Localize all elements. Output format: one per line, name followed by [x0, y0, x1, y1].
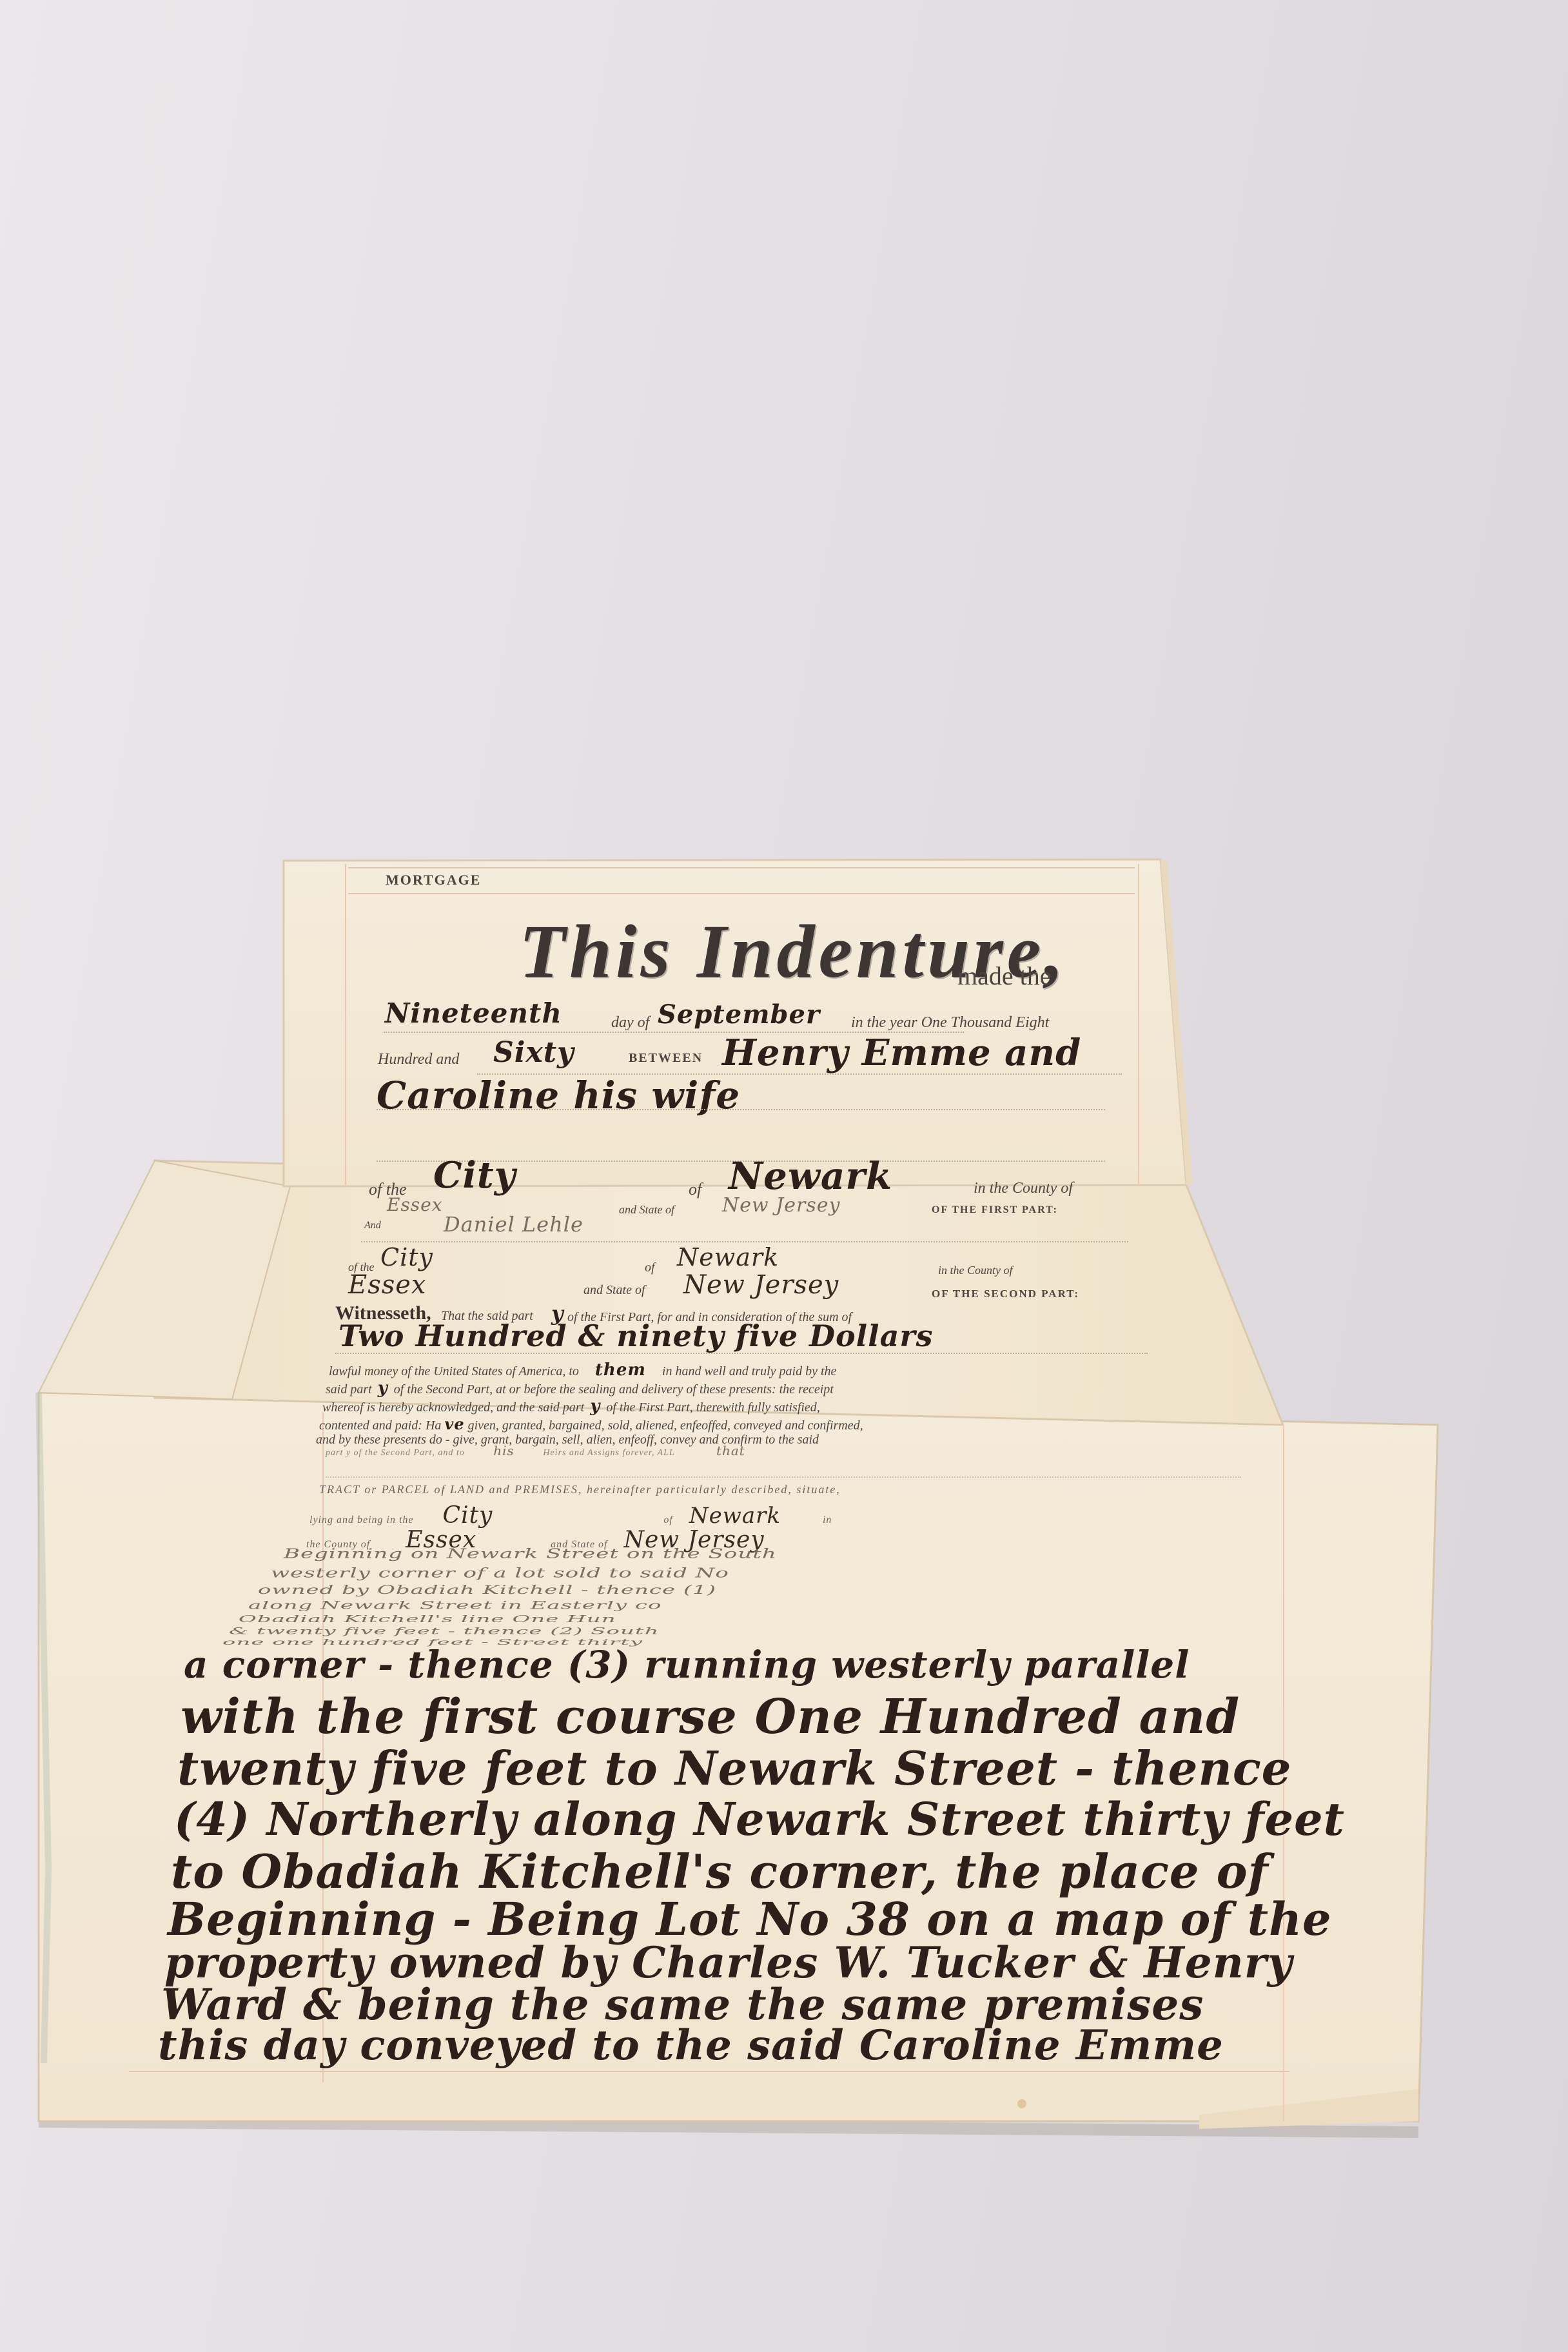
description-faint-1: Beginning on Newark Street on the South [284, 1546, 777, 1562]
description-faint-6: & twenty five feet - thence (2) South [229, 1626, 659, 1636]
description-line-1: a corner - thence (3) running westerly p… [184, 1643, 1190, 1687]
first-part-label: OF THE FIRST PART: [932, 1204, 1058, 1216]
heirs-fill1: his [493, 1443, 514, 1458]
lying-in: in [823, 1514, 832, 1525]
of-label-1: of [689, 1180, 701, 1199]
lying-city-type: City [443, 1502, 493, 1529]
body-line-1-pre: lawful money of the United States of Ame… [329, 1364, 579, 1378]
body-line-3: whereof is hereby acknowledged, and the … [322, 1396, 820, 1416]
blank-line-1 [377, 1109, 1105, 1110]
sum-fill-line [335, 1353, 1148, 1354]
description-faint-5: Obadiah Kitchell's line One Hun [239, 1613, 616, 1625]
between-label: BETWEEN [629, 1051, 703, 1066]
top-rule [348, 867, 1135, 868]
day-of-label: day of [611, 1014, 649, 1032]
description-line-4: (4) Northerly along Newark Street thirty… [174, 1792, 1345, 1846]
body-line-4-post: given, granted, bargained, sold, aliened… [468, 1418, 863, 1433]
body-line-1-fill: them [595, 1360, 646, 1380]
of-label-2: of [645, 1260, 655, 1275]
bottom-rule [129, 2071, 1289, 2072]
body-line-2: said part y of the Second Part, at or be… [326, 1378, 834, 1398]
right-margin-rule [1138, 864, 1139, 1186]
day-value: Nineteenth [385, 997, 562, 1029]
header-rule [348, 893, 1135, 894]
left-margin-rule [345, 864, 346, 1186]
sum-value: Two Hundred & ninety five Dollars [338, 1318, 934, 1353]
form-label: MORTGAGE [386, 872, 481, 888]
year-label: in the year One Thousand Eight [851, 1014, 1049, 1032]
heirs-fill2: that [716, 1443, 745, 1458]
heirs-mid: Heirs and Assigns forever, ALL [543, 1448, 674, 1458]
heirs-fill-line [326, 1476, 1241, 1478]
party1-continued: Caroline his wife [377, 1073, 740, 1117]
description-line-5: to Obadiah Kitchell's corner, the place … [171, 1844, 1269, 1899]
body-line-3-post: of the First Part, therewith fully satis… [606, 1400, 819, 1415]
city-type-1: City [433, 1154, 516, 1197]
body-line-3-pre: whereof is hereby acknowledged, and the … [322, 1400, 584, 1415]
second-part-label: OF THE SECOND PART: [932, 1288, 1079, 1300]
body-line-4: contented and paid: Ha ve given, granted… [319, 1415, 863, 1433]
county-value-2: Essex [348, 1270, 426, 1300]
state-label-2: and State of [583, 1283, 645, 1298]
county-label-2: in the County of [938, 1264, 1013, 1277]
month-value: September [658, 999, 820, 1030]
party2-value: Daniel Lehle [444, 1212, 583, 1237]
tract-line: TRACT or PARCEL of LAND and PREMISES, he… [319, 1483, 841, 1496]
title-suffix: made the [957, 961, 1052, 991]
year-value: Sixty [493, 1036, 574, 1069]
description-faint-2: westerly corner of a lot sold to said No [271, 1565, 729, 1581]
body-line-1: lawful money of the United States of Ame… [329, 1360, 836, 1380]
city-value-2: Newark [677, 1243, 779, 1271]
body-line-2-post: of the Second Part, at or before the sea… [394, 1382, 834, 1396]
description-line-9: this day conveyed to the said Caroline E… [158, 2021, 1224, 2070]
lying-of: of [663, 1514, 672, 1525]
county-label-1: in the County of [974, 1180, 1073, 1197]
hundred-label: Hundred and [378, 1051, 459, 1068]
lying-line: lying and being in the City of Newark in [309, 1502, 832, 1529]
body-line-4-pre: contented and paid: Ha [319, 1418, 441, 1433]
heirs-line: part y of the Second Part, and to his He… [326, 1443, 745, 1458]
description-faint-3: owned by Obadiah Kitchell - thence (1) [258, 1583, 716, 1597]
body-line-2-fill: y [378, 1378, 388, 1398]
county-value-1: Essex [387, 1194, 443, 1215]
body-line-2-pre: said part [326, 1382, 372, 1396]
heirs-pre: part y of the Second Part, and to [326, 1448, 465, 1458]
city-value-1: Newark [729, 1154, 892, 1198]
description-faint-4: along Newark Street in Easterly co [248, 1599, 661, 1612]
lying-pre: lying and being in the [309, 1514, 414, 1525]
body-line-1-post: in hand well and truly paid by the [662, 1364, 837, 1378]
party2-fill-line [361, 1241, 1128, 1242]
party1-value: Henry Emme and [722, 1032, 1081, 1074]
city-type-2: City [380, 1243, 433, 1271]
body-line-3-fill: y [590, 1396, 600, 1416]
description-line-3: twenty five feet to Newark Street - then… [177, 1741, 1291, 1796]
description-line-2: with the first course One Hundred and [181, 1689, 1240, 1745]
state-label-1: and State of [619, 1203, 674, 1217]
body-line-4-fill: ve [444, 1415, 464, 1433]
lying-city-value: Newark [689, 1503, 781, 1529]
and-label: And [364, 1220, 381, 1231]
paper-stain [1017, 2099, 1026, 2108]
state-value-2: New Jersey [683, 1270, 839, 1300]
state-value-1: New Jersey [722, 1194, 840, 1217]
